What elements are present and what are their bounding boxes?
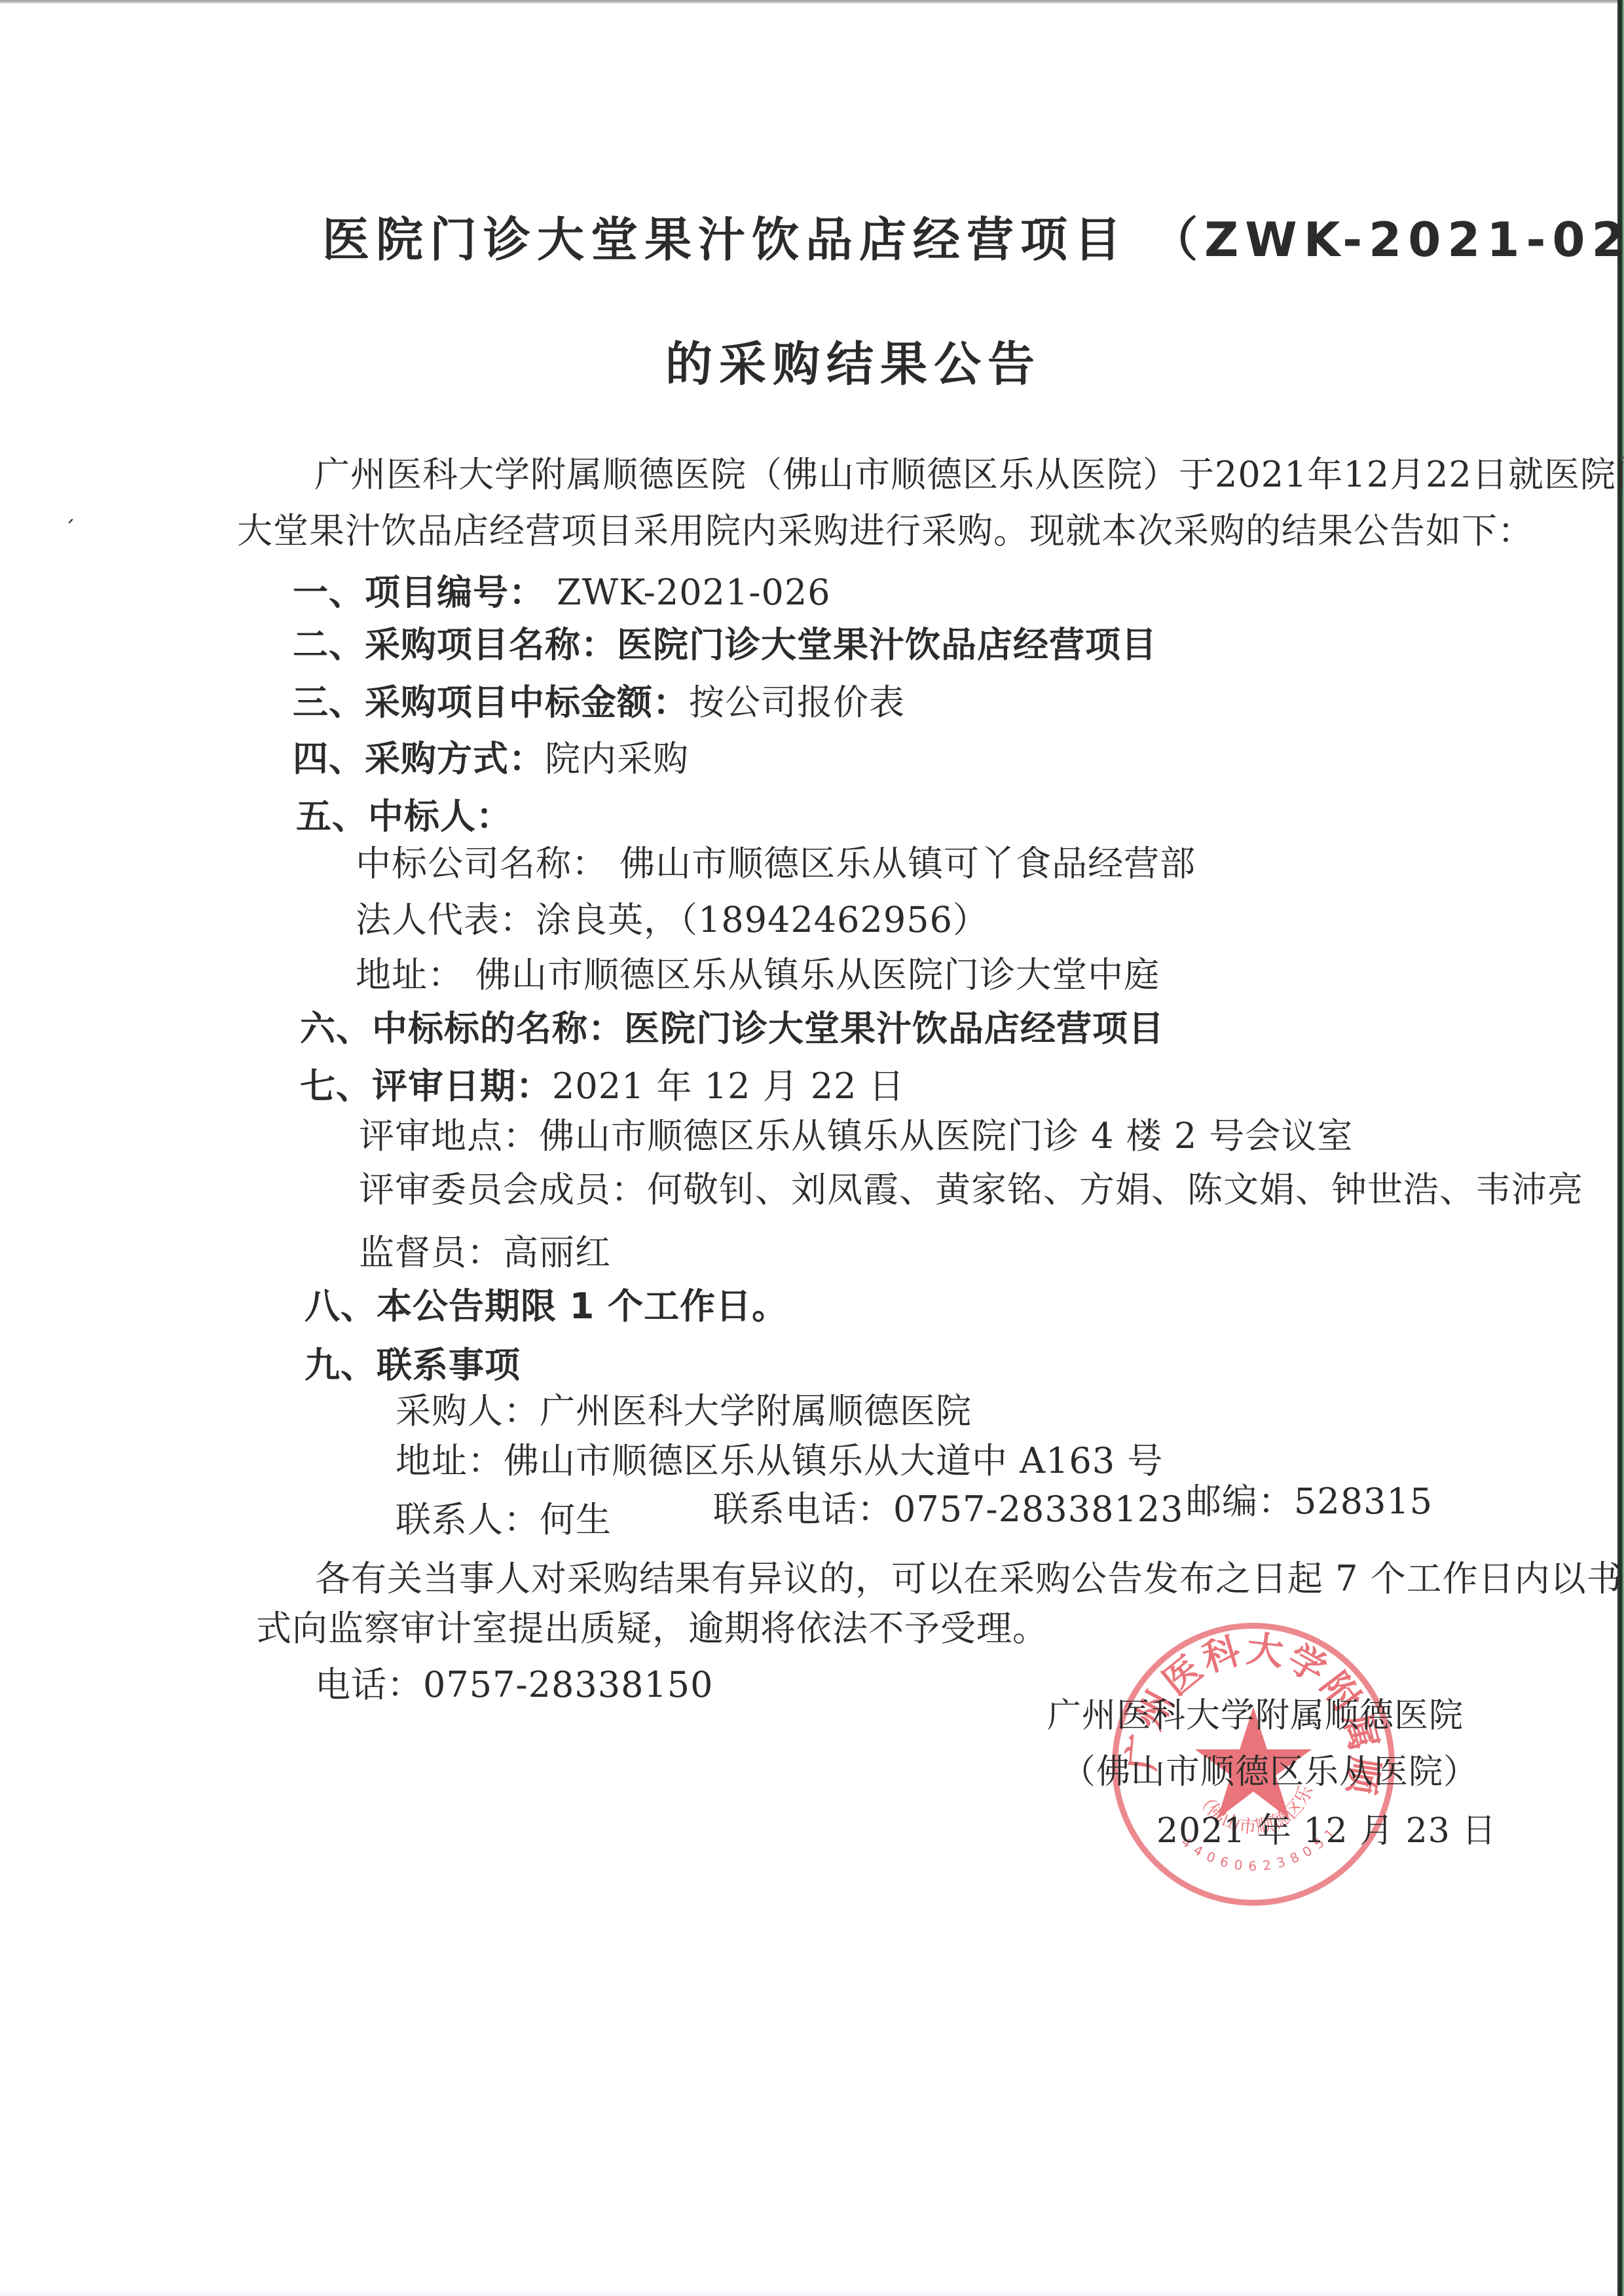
section-2-project-name: 二、采购项目名称：医院门诊大堂果汁饮品店经营项目 <box>293 627 1157 663</box>
section-2-value: 医院门诊大堂果汁饮品店经营项目 <box>617 624 1157 665</box>
section-3-bid-amount: 三、采购项目中标金额：按公司报价表 <box>293 685 905 720</box>
contact-address: 地址：佛山市顺德区乐从镇乐从大道中 A163 号 <box>396 1443 1163 1479</box>
review-location: 评审地点：佛山市顺德区乐从镇乐从医院门诊 4 楼 2 号会议室 <box>359 1119 1353 1154</box>
winner-legal-rep-value: 涂良英，（18942462956） <box>536 899 989 940</box>
review-supervisor: 监督员：高丽红 <box>359 1235 611 1270</box>
section-2-label: 二、采购项目名称： <box>293 624 617 665</box>
objection-line-1: 各有关当事人对采购结果有异议的，可以在采购公告发布之日起 7 个工作日内以书面形 <box>315 1561 1624 1597</box>
review-supervisor-label: 监督员： <box>359 1232 503 1273</box>
title-line-2: 的采购结果公告 <box>665 341 1041 388</box>
scan-edge-right <box>1617 0 1624 2296</box>
section-6-value: 医院门诊大堂果汁饮品店经营项目 <box>624 1008 1164 1049</box>
review-location-value: 佛山市顺德区乐从镇乐从医院门诊 4 楼 2 号会议室 <box>539 1115 1353 1157</box>
winner-legal-rep: 法人代表：涂良英，（18942462956） <box>356 902 989 938</box>
contact-person-label: 联系人： <box>396 1499 540 1540</box>
contact-phone: 联系电话：0757-28338123 <box>713 1492 1184 1527</box>
signature-org-line-2: （佛山市顺德区乐从医院） <box>1061 1755 1478 1789</box>
review-committee-value: 何敬钊、刘凤霞、黄家铭、方娟、陈文娟、钟世浩、韦沛亮 <box>647 1169 1583 1210</box>
winner-company-label: 中标公司名称： <box>356 843 608 884</box>
intro-line-2: 大堂果汁饮品店经营项目采用院内采购进行采购。现就本次采购的结果公告如下： <box>237 513 1534 549</box>
review-location-label: 评审地点： <box>359 1115 539 1157</box>
contact-postcode-value: 528315 <box>1294 1481 1433 1522</box>
section-4-value: 院内采购 <box>545 738 689 779</box>
contact-person: 联系人：何生 <box>396 1502 612 1538</box>
section-9-contact-heading: 九、联系事项 <box>304 1348 521 1383</box>
section-1-value: ZWK-2021-026 <box>545 572 831 613</box>
section-8-notice-period: 八、本公告期限 1 个工作日。 <box>304 1289 788 1324</box>
winner-address-value: 佛山市顺德区乐从镇乐从医院门诊大堂中庭 <box>464 954 1160 995</box>
scan-edge-top <box>0 0 1624 3</box>
section-3-value: 按公司报价表 <box>689 682 905 723</box>
contact-purchaser-label: 采购人： <box>396 1390 540 1432</box>
contact-postcode: 邮编：528315 <box>1186 1484 1433 1519</box>
contact-address-label: 地址： <box>396 1440 504 1481</box>
title-line-1: 医院门诊大堂果汁饮品店经营项目 （ZWK-2021-026） <box>322 216 1624 263</box>
contact-address-value: 佛山市顺德区乐从镇乐从大道中 A163 号 <box>504 1440 1163 1481</box>
winner-company-value: 佛山市顺德区乐从镇可丫食品经营部 <box>608 843 1196 884</box>
winner-legal-rep-label: 法人代表： <box>356 899 536 940</box>
objection-phone: 电话：0757-28338150 <box>315 1667 714 1703</box>
objection-line-2: 式向监察审计室提出质疑，逾期将依法不予受理。 <box>256 1611 1048 1646</box>
section-1-label: 一、项目编号： <box>293 572 545 613</box>
review-committee: 评审委员会成员：何敬钊、刘凤霞、黄家铭、方娟、陈文娟、钟世浩、韦沛亮 <box>359 1172 1583 1208</box>
winner-company: 中标公司名称： 佛山市顺德区乐从镇可丫食品经营部 <box>356 846 1196 881</box>
section-6-label: 六、中标标的名称： <box>300 1008 624 1049</box>
contact-postcode-label: 邮编： <box>1186 1481 1294 1522</box>
winner-address-label: 地址： <box>356 954 464 995</box>
section-5-winner-heading: 五、中标人： <box>296 799 512 834</box>
section-1-project-number: 一、项目编号： ZWK-2021-026 <box>293 575 831 610</box>
section-6-bid-subject: 六、中标标的名称：医院门诊大堂果汁饮品店经营项目 <box>300 1011 1164 1046</box>
section-4-procurement-method: 四、采购方式：院内采购 <box>293 741 689 777</box>
signature-date: 2021 年 12 月 23 日 <box>1156 1814 1496 1848</box>
section-4-label: 四、采购方式： <box>293 738 545 779</box>
contact-purchaser: 采购人：广州医科大学附属顺德医院 <box>396 1394 972 1429</box>
scan-speck: ˏ <box>64 498 75 524</box>
contact-phone-value: 0757-28338123 <box>893 1489 1184 1530</box>
section-7-label: 七、评审日期： <box>300 1065 552 1107</box>
contact-phone-label: 联系电话： <box>713 1489 893 1530</box>
section-7-value: 2021 年 12 月 22 日 <box>552 1065 905 1107</box>
section-7-review-date: 七、评审日期：2021 年 12 月 22 日 <box>300 1069 905 1104</box>
section-3-label: 三、采购项目中标金额： <box>293 682 689 723</box>
scan-edge-bottom <box>0 2292 1617 2296</box>
contact-purchaser-value: 广州医科大学附属顺德医院 <box>540 1390 972 1432</box>
review-supervisor-value: 高丽红 <box>503 1232 611 1273</box>
winner-address: 地址： 佛山市顺德区乐从镇乐从医院门诊大堂中庭 <box>356 957 1160 993</box>
contact-person-value: 何生 <box>540 1499 612 1540</box>
intro-line-1: 广州医科大学附属顺德医院（佛山市顺德区乐从医院）于2021年12月22日就医院门… <box>314 457 1624 492</box>
review-committee-label: 评审委员会成员： <box>359 1169 647 1210</box>
signature-org-line-1: 广州医科大学附属顺德医院 <box>1047 1699 1464 1733</box>
